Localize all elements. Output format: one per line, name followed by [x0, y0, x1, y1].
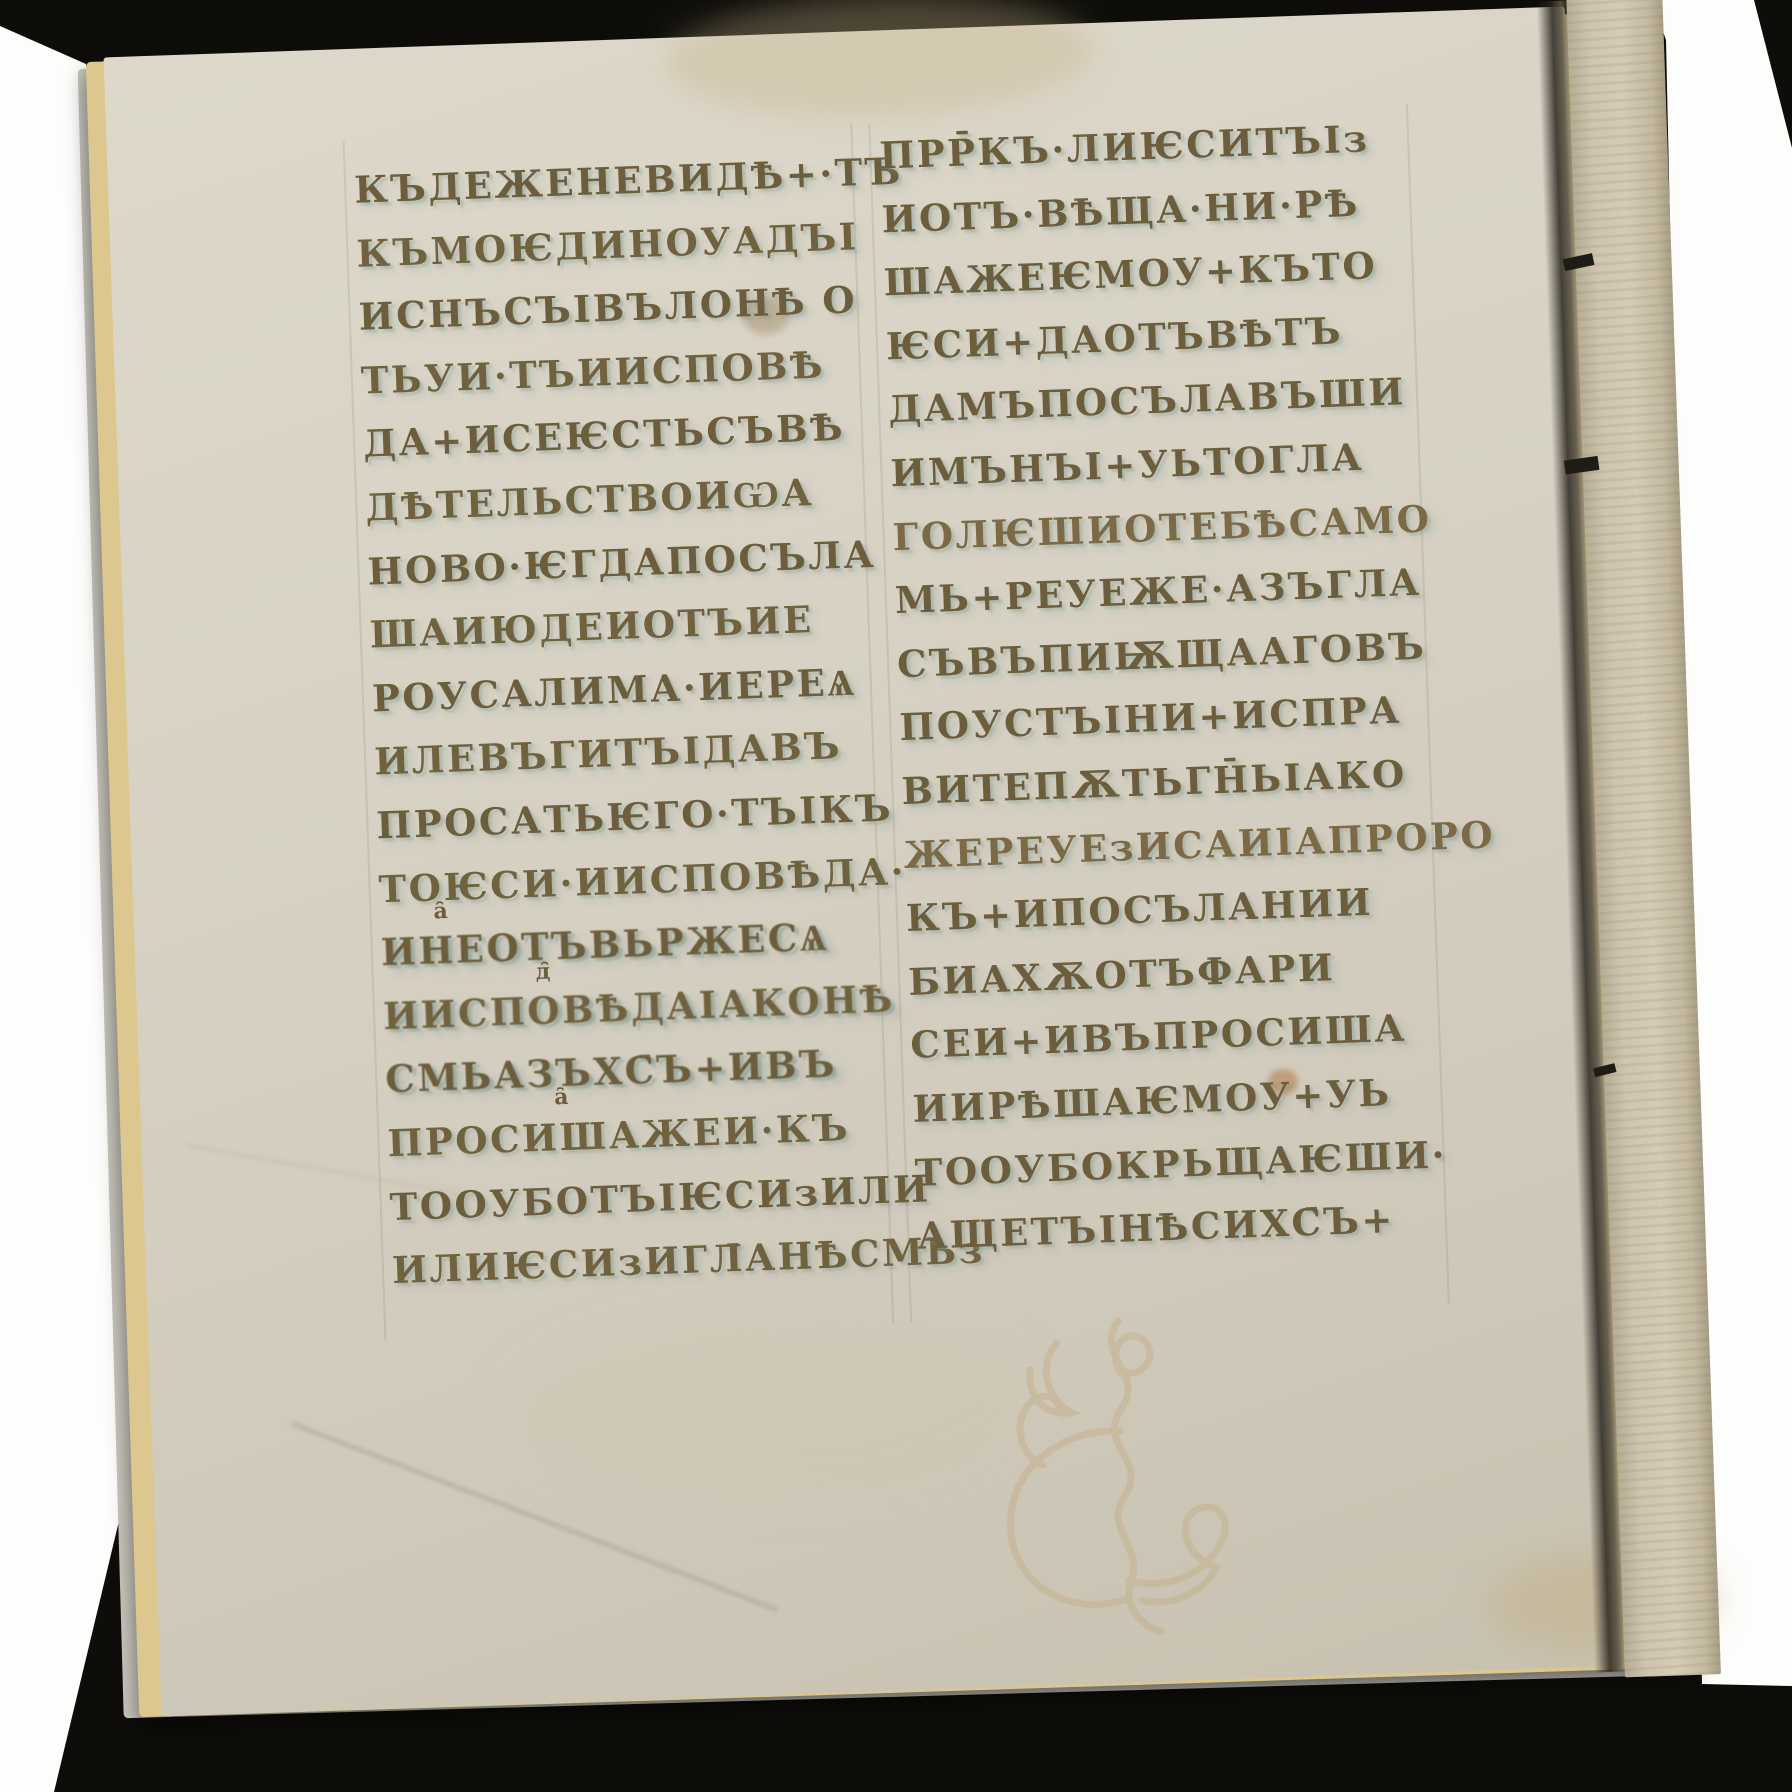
text-column-right: ПРР̄КЪ·ЛИѤСИТЪІз ИОТЪ·ВѢЩА·НИ·РѢ ШАЖЕѤМО… — [878, 104, 1509, 1269]
manuscript-page-stack: КЪДЕЖЕНЕВИДѢ+·ТЪ КЪМОѤДИНОУАДЪІ ИСНЪСЪІВ… — [90, 3, 1721, 1717]
interlinear-correction: а̑ — [554, 1084, 569, 1110]
stain-top — [662, 0, 1096, 124]
soft-stain — [508, 1306, 1034, 1504]
parchment-page: КЪДЕЖЕНЕВИДѢ+·ТЪ КЪМОѤДИНОУАДЪІ ИСНЪСЪІВ… — [104, 6, 1623, 1716]
interlinear-correction: а̑ — [433, 898, 448, 924]
interlinear-correction: д̑ — [535, 958, 551, 984]
verso-initial-bleedthrough-ornament — [968, 1308, 1283, 1748]
